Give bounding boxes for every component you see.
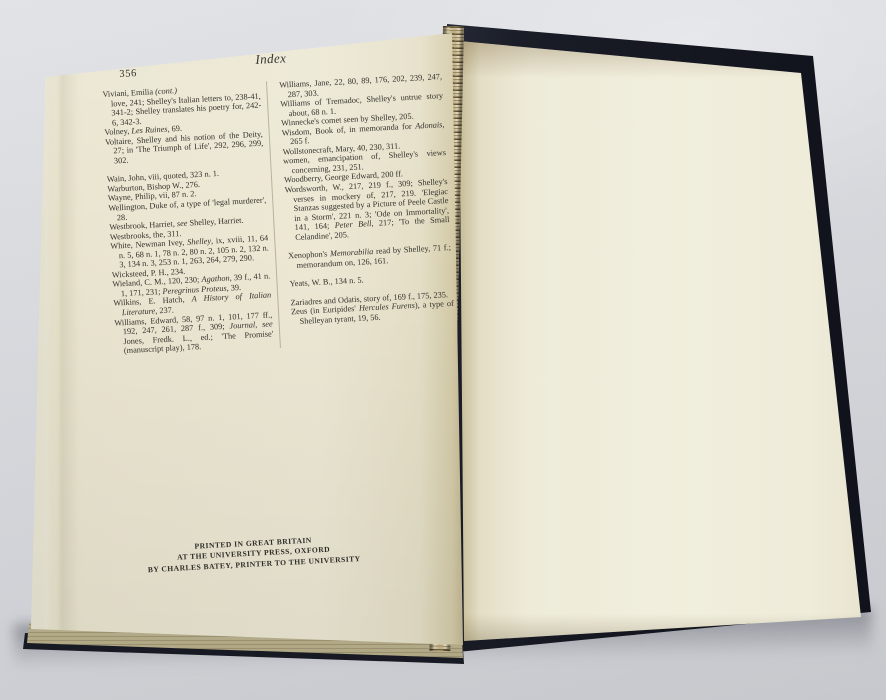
index-entry: Xenophon's Memorabilia read by Shelley, … (288, 243, 452, 271)
index-entry-italic-text: Hercules Furens (359, 301, 415, 313)
printer-note: PRINTED IN GREAT BRITAIN AT THE UNIVERSI… (126, 532, 381, 576)
index-entry-text: Yeats, W. B., 134 n. 5. (289, 276, 363, 289)
index-entry-italic-text: Adonais (415, 120, 443, 130)
index-entry-text: , 39. (226, 283, 241, 293)
index-entry-italic-text: see (262, 319, 273, 329)
index-entry: Williams, Edward, 58, 97 n. 1, 101, 177 … (114, 310, 274, 356)
index-entry: Yeats, W. B., 134 n. 5. (289, 271, 452, 289)
index-entry-text: , 69. (167, 124, 182, 134)
index-entry-italic-text: Peter Bell (334, 219, 371, 230)
index-entry-italic-text: (cont.) (155, 86, 177, 96)
left-page-content: 356 Index Viviani, Emilia (cont.)love, 2… (100, 30, 471, 647)
index-entry: Wordsworth, W., 217, 219 f., 309; Shelle… (284, 177, 450, 243)
book-photo: 356 Index Viviani, Emilia (cont.)love, 2… (0, 0, 886, 700)
index-columns: Viviani, Emilia (cont.)love, 241; Shelle… (102, 72, 455, 356)
index-column-right: Williams, Jane, 22, 80, 89, 176, 202, 23… (266, 72, 456, 348)
index-title: Index (101, 42, 441, 76)
index-entry-italic-text: see (177, 219, 188, 229)
index-entry-text: , 237. (155, 306, 174, 316)
index-column-left: Viviani, Emilia (cont.)love, 241; Shelle… (102, 82, 274, 357)
